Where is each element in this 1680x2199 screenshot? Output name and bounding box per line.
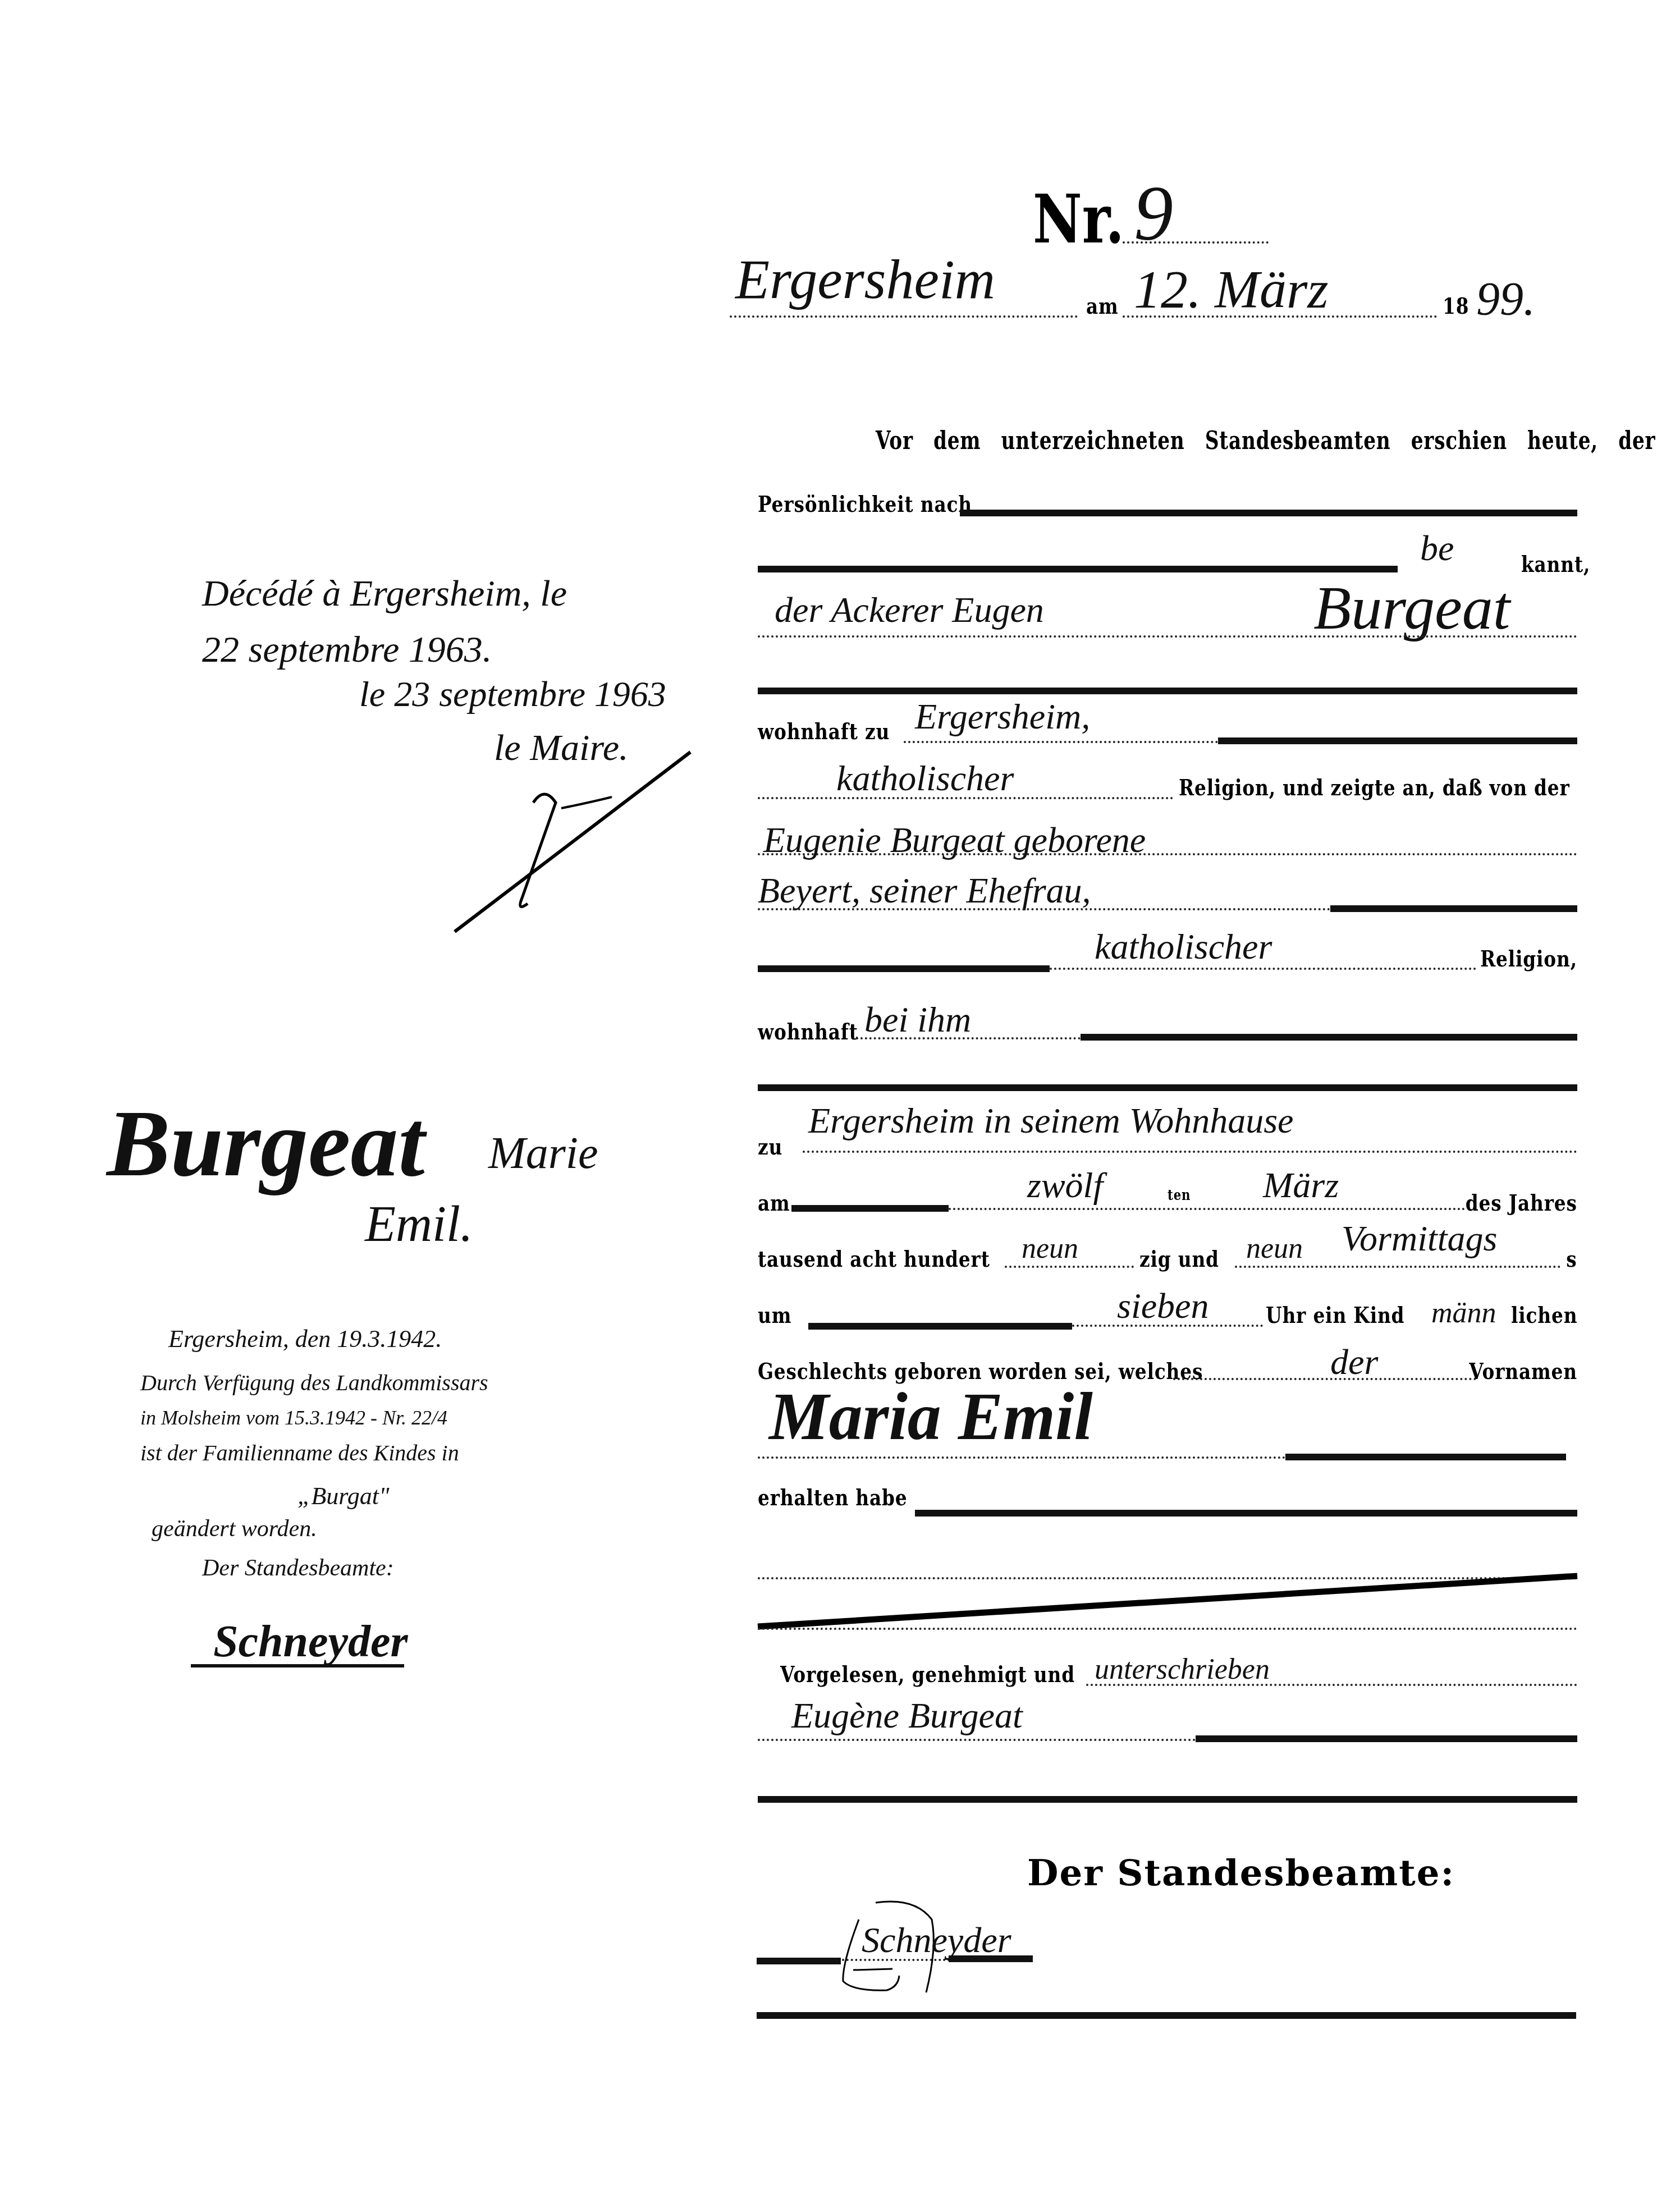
registrar-signature-block: Schneyder — [752, 1897, 1583, 2032]
blank-line-2 — [758, 1628, 1577, 1630]
time-of-day-fill: Vormittags — [1342, 1218, 1497, 1259]
am-dots — [949, 1208, 1465, 1210]
zu-fill: Ergersheim in seinem Wohnhause — [808, 1100, 1294, 1142]
zu-dots — [803, 1151, 1577, 1153]
day-fill: zwölf — [1027, 1165, 1103, 1206]
declarant-signature-rule — [1196, 1735, 1577, 1742]
index-surname: Burgeat — [107, 1089, 425, 1198]
religion2-dots — [1050, 968, 1476, 970]
bekannt-fill: be — [1420, 528, 1454, 569]
document-header: Nr. 9 Ergersheim am 12. März 18 99. — [730, 163, 1572, 365]
religion2-rule — [758, 965, 1050, 972]
am-rule — [791, 1205, 949, 1212]
index-given-1: Marie — [488, 1128, 598, 1179]
erhalten-rule — [915, 1510, 1577, 1517]
um-label: um — [758, 1302, 791, 1328]
zig-und-label: zig und — [1139, 1246, 1219, 1272]
lichen-label: lichen — [1511, 1302, 1577, 1328]
ten-label: ten — [1168, 1187, 1191, 1204]
registrar-heading: Der Standesbeamte: — [1027, 1852, 1455, 1894]
declarant-fill: der Ackerer Eugen — [775, 589, 1044, 631]
month-fill: März — [1263, 1165, 1339, 1206]
vorgelesen-fill: unterschrieben — [1095, 1653, 1270, 1686]
des-jahres-label: des Jahres — [1466, 1190, 1577, 1216]
declarant-signature-dots — [758, 1739, 1196, 1741]
name-change-line5: „Burgat" — [297, 1482, 390, 1510]
registrar-bottom-rule — [757, 2012, 1576, 2019]
form-intro-line: Vor dem unterzeichneten Standesbeamten e… — [876, 427, 1655, 455]
mother-line-2-rule — [1330, 905, 1577, 912]
geschlechts-dots — [1173, 1378, 1476, 1380]
wohnhaft2-fill: bei ihm — [864, 999, 971, 1041]
record-year-prefix: 18 — [1443, 293, 1469, 319]
hour-dots — [1072, 1325, 1263, 1327]
tausend-label: tausend acht hundert — [758, 1246, 990, 1272]
bekannt-label: kannt, — [1521, 551, 1590, 578]
index-given-2: Emil. — [365, 1195, 473, 1253]
vorgelesen-label: Vorgelesen, genehmigt und — [780, 1661, 1075, 1688]
form-body: Vor dem unterzeichneten Standesbeamten e… — [758, 404, 1577, 1919]
uhr-label: Uhr ein Kind — [1266, 1302, 1404, 1328]
um-rule — [808, 1323, 1072, 1330]
child-names-rule — [1285, 1454, 1566, 1460]
death-note-line3: le 23 septembre 1963 — [359, 674, 666, 715]
zu-label: zu — [758, 1134, 782, 1160]
declarant-surname: Burgeat — [1313, 572, 1510, 644]
strike-through-line — [758, 1572, 1577, 1633]
religion1-fill: katholischer — [836, 758, 1014, 799]
tens-fill: neun — [1022, 1232, 1078, 1265]
name-change-line7: Der Standesbeamte: — [202, 1555, 394, 1582]
religion2-fill: katholischer — [1095, 926, 1272, 968]
name-change-line1: Ergersheim, den 19.3.1942. — [168, 1325, 442, 1353]
death-note-line2: 22 septembre 1963. — [202, 629, 492, 671]
bekannt-rule — [758, 566, 1398, 572]
units-dots — [1235, 1266, 1560, 1268]
mayor-signature-icon — [432, 752, 713, 949]
record-year-suffix: 99. — [1476, 272, 1535, 327]
wohnhaft2-rule — [1081, 1034, 1577, 1041]
record-date-line — [1123, 315, 1437, 318]
mother-line-1 — [758, 853, 1577, 855]
name-change-signature-underline — [191, 1664, 404, 1667]
wohnhaft2-dots — [856, 1037, 1081, 1039]
gender-fill: männ — [1431, 1297, 1496, 1330]
record-number-line — [1123, 241, 1269, 244]
der-fill: der — [1330, 1341, 1378, 1383]
mother-fill-2: Beyert, seiner Ehefrau, — [758, 870, 1091, 911]
erhalten-label: erhalten habe — [758, 1485, 908, 1511]
registrar-rule-right — [949, 1955, 1033, 1962]
registrar-signature: Schneyder — [862, 1919, 1011, 1961]
death-note-line1: Décédé à Ergersheim, le — [202, 572, 567, 615]
margin-index-name: Burgeat Marie Emil. — [84, 1078, 646, 1302]
record-number-label: Nr. — [1033, 180, 1124, 259]
record-number: 9 — [1134, 168, 1173, 259]
record-place-line — [730, 315, 1078, 318]
declarant-signature-rule-2 — [758, 1796, 1577, 1803]
declarant-signature: Eugène Burgeat — [791, 1695, 1023, 1737]
wohnhaft-zu-fill: Ergersheim, — [915, 696, 1090, 737]
hour-fill: sieben — [1117, 1285, 1209, 1327]
units-fill: neun — [1246, 1232, 1303, 1265]
persoenlichkeit-rule — [960, 510, 1577, 516]
vornamen-label: Vornamen — [1469, 1358, 1577, 1385]
name-change-signature: Schneyder — [213, 1616, 408, 1667]
am-label: am — [758, 1190, 790, 1216]
declarant-rule-2 — [758, 688, 1577, 694]
name-change-line4: ist der Familienname des Kindes in — [140, 1440, 459, 1466]
record-date-prefix: am — [1086, 293, 1119, 319]
religion1-dots — [758, 797, 1173, 799]
child-names-dots — [758, 1456, 1285, 1459]
mother-line-2-dots — [758, 908, 1330, 910]
registrar-rule-left — [757, 1958, 841, 1964]
record-place: Ergersheim — [735, 247, 995, 311]
s-label: s — [1567, 1246, 1577, 1272]
vorgelesen-dots — [1086, 1684, 1577, 1686]
margin-death-note: Décédé à Ergersheim, le 22 septembre 196… — [191, 567, 724, 926]
wohnhaft-zu-rule — [1218, 737, 1577, 744]
religion2-label: Religion, — [1480, 946, 1577, 972]
margin-name-change-note: Ergersheim, den 19.3.1942. Durch Verfügu… — [129, 1313, 578, 1717]
declarant-line — [758, 635, 1577, 638]
child-names: Maria Emil — [769, 1378, 1093, 1455]
wohnhaft2-label: wohnhaft — [758, 1019, 858, 1045]
persoenlichkeit-label: Persönlichkeit nach — [758, 491, 972, 517]
name-change-line6: geändert worden. — [152, 1515, 317, 1542]
record-date: 12. März — [1134, 258, 1329, 320]
tens-dots — [1005, 1266, 1134, 1268]
wohnhaft-zu-dots — [904, 741, 1218, 743]
name-change-line2: Durch Verfügung des Landkommissars — [140, 1369, 488, 1396]
religion1-label: Religion, und zeigte an, daß von der — [1179, 775, 1570, 801]
wohnhaft-zu-label: wohnhaft zu — [758, 718, 890, 745]
wohnhaft2-rule-2 — [758, 1084, 1577, 1091]
name-change-line3: in Molsheim vom 15.3.1942 - Nr. 22/4 — [140, 1406, 447, 1430]
